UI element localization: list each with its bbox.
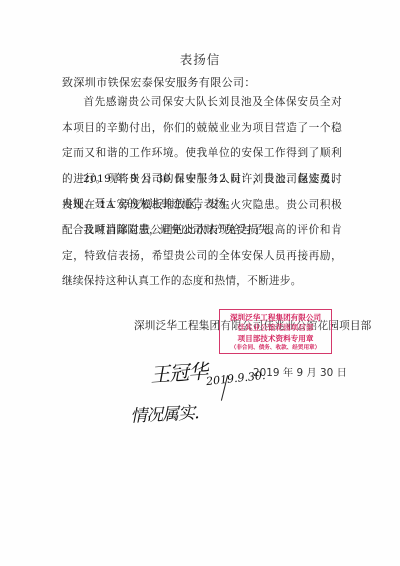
stamp-line-restriction: （非合同、债务、收款、经贸用章）	[220, 344, 331, 353]
handwritten-date: 2019.9.30.	[205, 369, 266, 388]
stamp-line-project: 佳兆业公馆花园项目部	[220, 323, 331, 333]
handwritten-verification-note: 情况属实.	[129, 398, 199, 427]
handwritten-signature: 王冠华	[149, 355, 208, 388]
stamp-line-company: 深圳泛华工程集团有限公司	[220, 313, 331, 323]
paragraph-commendation-text: 我项目部对贵公司的此次表现给与了很高的评价和肯定，特致信表扬，希望贵公司的全体安…	[62, 224, 342, 287]
signature-date: 2019 年 9 月 30 日	[253, 364, 347, 379]
letter-page: 表扬信 致深圳市铁保宏泰保安服务有限公司： 首先感谢贵公司保安大队长刘艮池及全体…	[0, 0, 400, 566]
stamp-line-purpose: 项目部技术资料专用章	[220, 333, 331, 344]
letter-title: 表扬信	[0, 50, 400, 68]
salutation: 致深圳市铁保宏泰保安服务有限公司：	[62, 74, 256, 90]
paragraph-commendation: 我项目部对贵公司的此次表现给与了很高的评价和肯定，特致信表扬，希望贵公司的全体安…	[62, 218, 342, 295]
official-stamp: 深圳泛华工程集团有限公司 佳兆业公馆花园项目部 项目部技术资料专用章 （非合同、…	[219, 309, 332, 354]
